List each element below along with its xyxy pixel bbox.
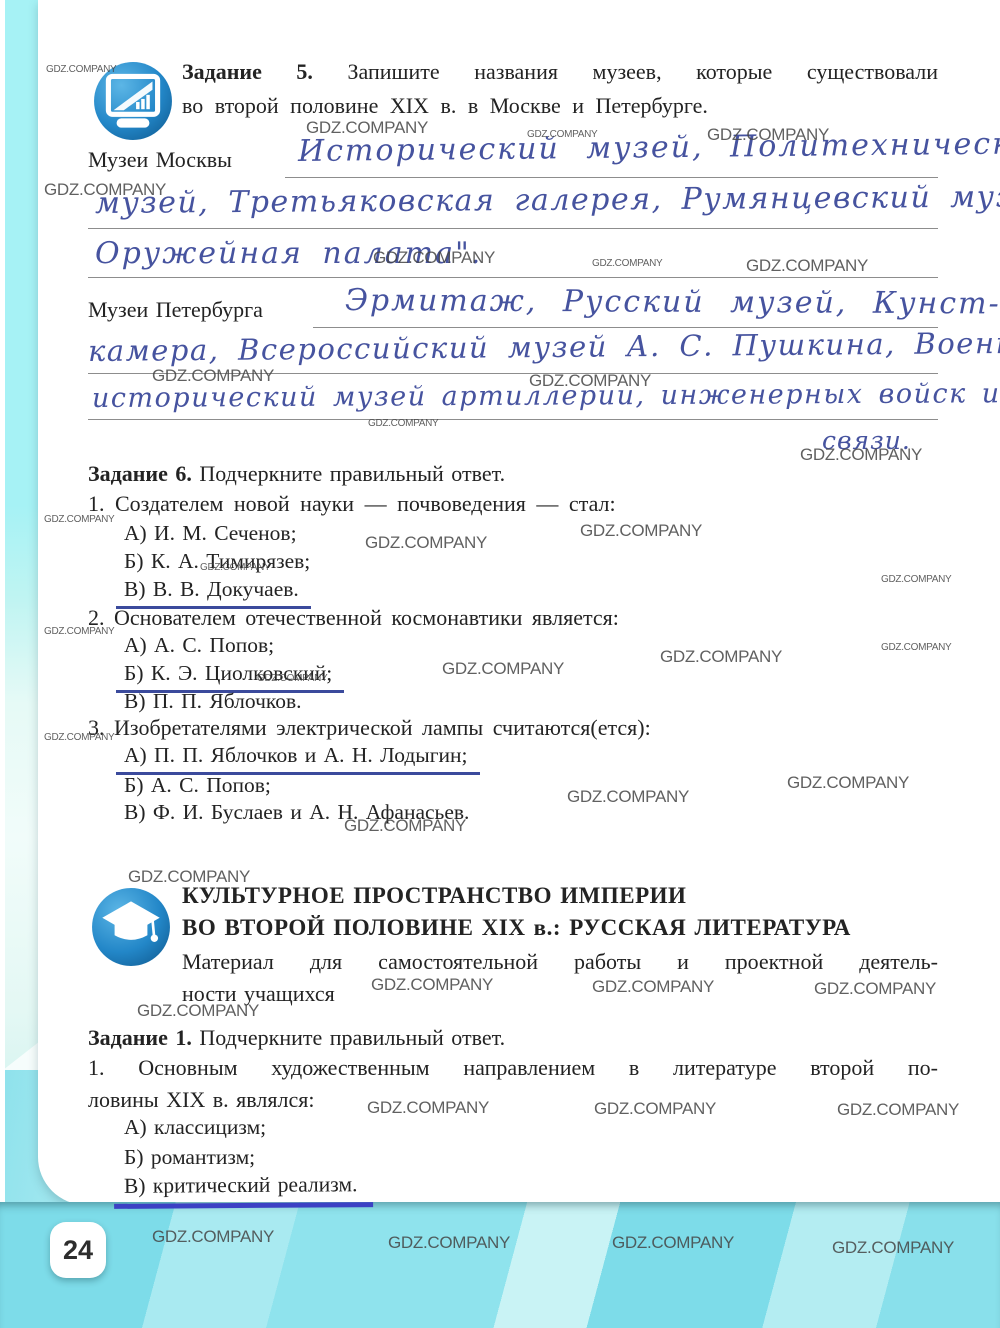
- task1-q-line2: ловины XIX в. являлся:: [88, 1086, 314, 1114]
- section-title-line2: ВО ВТОРОЙ ПОЛОВИНЕ XIX в.: РУССКАЯ ЛИТЕР…: [182, 914, 851, 943]
- watermark-text: GDZ.COMPANY: [580, 521, 702, 541]
- task5-label: Задание 5.: [182, 59, 313, 84]
- task1-title: Задание 1. Подчеркните правильный ответ.: [88, 1024, 505, 1052]
- task6-q3: 3. Изобретателями электрической лампы сч…: [88, 714, 651, 742]
- watermark-text: GDZ.COMPANY: [152, 366, 274, 386]
- answer-rule: [88, 419, 938, 420]
- watermark-text: GDZ.COMPANY: [137, 1001, 259, 1021]
- answer-rule: [88, 228, 938, 229]
- watermark-text: GDZ.COMPANY: [800, 445, 922, 465]
- task6-title: Задание 6. Подчеркните правильный ответ.: [88, 460, 505, 488]
- watermark-text: GDZ.COMPANY: [814, 979, 936, 999]
- watermark-text: GDZ.COMPANY: [44, 732, 114, 743]
- watermark-text: GDZ.COMPANY: [365, 533, 487, 553]
- task1-label: Задание 1.: [88, 1025, 192, 1050]
- watermark-text: GDZ.COMPANY: [128, 867, 250, 887]
- watermark-text: GDZ.COMPANY: [529, 371, 651, 391]
- task5-text-line1: Задание 5. Запишите названия музеев, кот…: [182, 58, 938, 86]
- task6-q1: 1. Создателем новой науки — почвоведения…: [88, 490, 616, 518]
- watermark-text: GDZ.COMPANY: [388, 1233, 510, 1253]
- watermark-text: GDZ.COMPANY: [368, 418, 438, 429]
- watermark-text: GDZ.COMPANY: [306, 118, 428, 138]
- watermark-text: GDZ.COMPANY: [567, 787, 689, 807]
- watermark-text: GDZ.COMPANY: [344, 816, 466, 836]
- task6-q3-option-a: А) П. П. Яблочков и А. Н. Лодыгин;: [124, 742, 480, 775]
- task6-instruction: Подчеркните правильный ответ.: [199, 461, 505, 486]
- task5-text-line2: во второй половине XIX в. в Москве и Пет…: [182, 92, 708, 120]
- watermark-text: GDZ.COMPANY: [200, 562, 270, 573]
- task1-option-b: Б) романтизм;: [124, 1144, 255, 1171]
- task1-q-line1: 1. Основным художественным направлением …: [88, 1054, 938, 1082]
- watermark-text: GDZ.COMPANY: [44, 626, 114, 637]
- page-number-badge: 24: [50, 1222, 106, 1278]
- watermark-text: GDZ.COMPANY: [257, 673, 327, 684]
- watermark-text: GDZ.COMPANY: [881, 642, 951, 653]
- watermark-text: GDZ.COMPANY: [612, 1233, 734, 1253]
- watermark-text: GDZ.COMPANY: [373, 248, 495, 268]
- watermark-text: GDZ.COMPANY: [594, 1099, 716, 1119]
- watermark-text: GDZ.COMPANY: [44, 514, 114, 525]
- watermark-text: GDZ.COMPANY: [660, 647, 782, 667]
- handwritten-answer: музей, Третьяковская галерея, Румянцевск…: [95, 179, 1000, 221]
- watermark-text: GDZ.COMPANY: [44, 180, 166, 200]
- answer-rule: [285, 177, 938, 178]
- watermark-text: GDZ.COMPANY: [746, 256, 868, 276]
- section-subtitle-line1: Материал для самостоятельной работы и пр…: [182, 948, 938, 976]
- page-number: 24: [63, 1235, 93, 1266]
- watermark-text: GDZ.COMPANY: [527, 129, 597, 140]
- watermark-text: GDZ.COMPANY: [787, 773, 909, 793]
- watermark-text: GDZ.COMPANY: [46, 64, 116, 75]
- workbook-page: Задание 5. Запишите названия музеев, кот…: [0, 0, 1000, 1328]
- task6-q1-option-a: А) И. М. Сеченов;: [124, 520, 297, 547]
- ink-underline: А) П. П. Яблочков и А. Н. Лодыгин;: [116, 742, 480, 775]
- task1-instruction: Подчеркните правильный ответ.: [199, 1025, 505, 1050]
- task6-q3-option-b: Б) А. С. Попов;: [124, 772, 271, 799]
- watermark-text: GDZ.COMPANY: [832, 1238, 954, 1258]
- ink-underline: В) критический реализм.: [114, 1171, 374, 1209]
- handwritten-answer: Эрмитаж, Русский музей, Кунст-: [345, 283, 1000, 321]
- watermark-text: GDZ.COMPANY: [592, 977, 714, 997]
- watermark-text: GDZ.COMPANY: [152, 1227, 274, 1247]
- task5-text: Запишите названия музеев, которые сущест…: [348, 59, 939, 84]
- watermark-text: GDZ.COMPANY: [442, 659, 564, 679]
- task1-option-v: В) критический реализм.: [124, 1172, 373, 1208]
- task6-q2-option-a: А) А. С. Попов;: [124, 632, 274, 659]
- watermark-text: GDZ.COMPANY: [371, 975, 493, 995]
- watermark-text: GDZ.COMPANY: [367, 1098, 489, 1118]
- section-title-line1: КУЛЬТУРНОЕ ПРОСТРАНСТВО ИМПЕРИИ: [182, 882, 686, 911]
- bottom-band-decoration: [0, 1202, 1000, 1328]
- watermark-text: GDZ.COMPANY: [707, 125, 829, 145]
- task1-option-a: А) классицизм;: [124, 1114, 266, 1141]
- task6-q2: 2. Основателем отечественной космонавтик…: [88, 604, 619, 632]
- petersburg-museums-label: Музеи Петербурга: [88, 296, 263, 324]
- task6-label: Задание 6.: [88, 461, 192, 486]
- graduation-cap-icon: [90, 886, 172, 968]
- watermark-text: GDZ.COMPANY: [837, 1100, 959, 1120]
- task6-q2-option-v: В) П. П. Яблочков.: [124, 688, 302, 715]
- watermark-text: GDZ.COMPANY: [592, 258, 662, 269]
- moscow-museums-label: Музеи Москвы: [88, 146, 232, 174]
- answer-rule: [88, 277, 938, 278]
- watermark-text: GDZ.COMPANY: [881, 574, 951, 585]
